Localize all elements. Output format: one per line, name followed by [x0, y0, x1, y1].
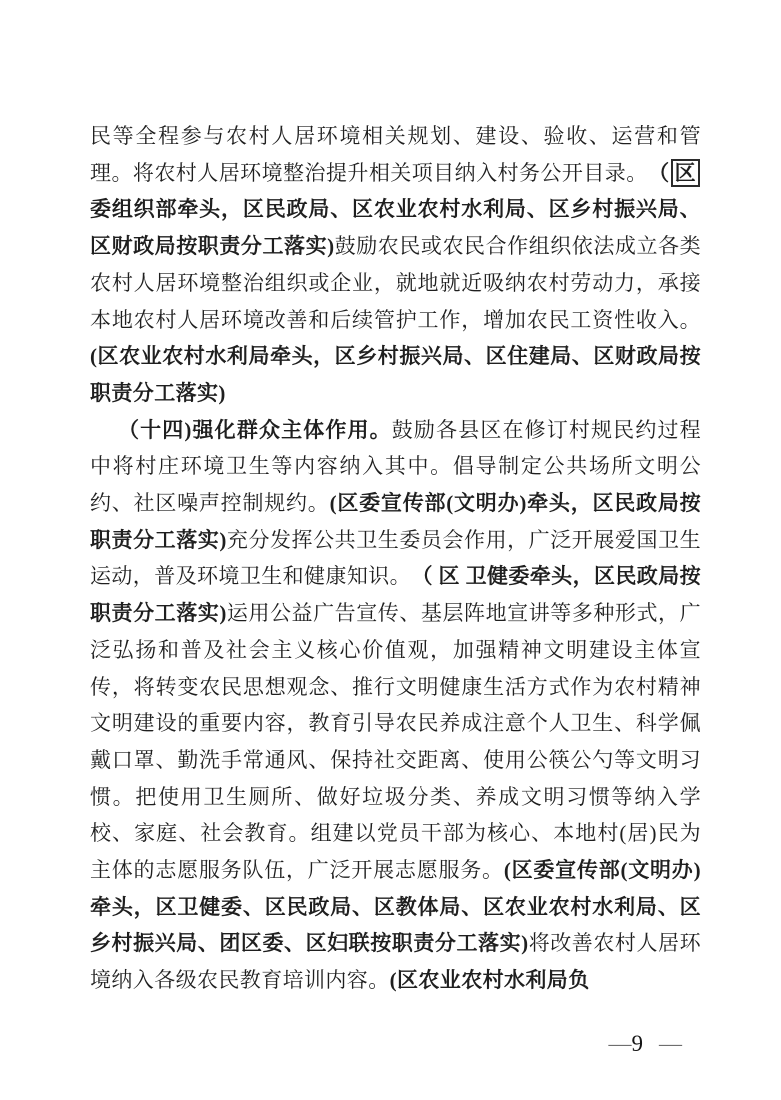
text-run: (区农业农村水利局牵头，区乡村振兴局、区住建局、区财政局按职责分工落实): [90, 344, 701, 405]
page-footer: —9—: [0, 1031, 781, 1061]
text-run: (区农业农村水利局负: [390, 968, 590, 992]
document-page: 民等全程参与农村人居环境相关规划、建设、验收、运营和管理。将农村人居环境整治提升…: [0, 0, 781, 1100]
document-body: 民等全程参与农村人居环境相关规划、建设、验收、运营和管理。将农村人居环境整治提升…: [90, 118, 701, 999]
page-number-block: —9—: [609, 1031, 683, 1057]
boxed-character: 区: [671, 159, 700, 187]
text-run: （: [659, 161, 670, 185]
footer-left-dash: —: [609, 1031, 632, 1056]
footer-right-dash: —: [659, 1031, 682, 1056]
paragraph: （十四)强化群众主体作用。鼓励各县区在修订村规民约过程中将村庄环境卫生等内容纳入…: [90, 412, 701, 999]
page-number: 9: [632, 1031, 644, 1056]
text-run: （十四)强化群众主体作用。: [118, 418, 392, 442]
text-run: 运用公益广告宣传、基层阵地宣讲等多种形式，广泛弘扬和普及社会主义核心价值观，加强…: [90, 601, 701, 882]
paragraph: 民等全程参与农村人居环境相关规划、建设、验收、运营和管理。将农村人居环境整治提升…: [90, 118, 701, 412]
text-run: 民等全程参与农村人居环境相关规划、建设、验收、运营和管理。将农村人居环境整治提升…: [90, 124, 701, 185]
